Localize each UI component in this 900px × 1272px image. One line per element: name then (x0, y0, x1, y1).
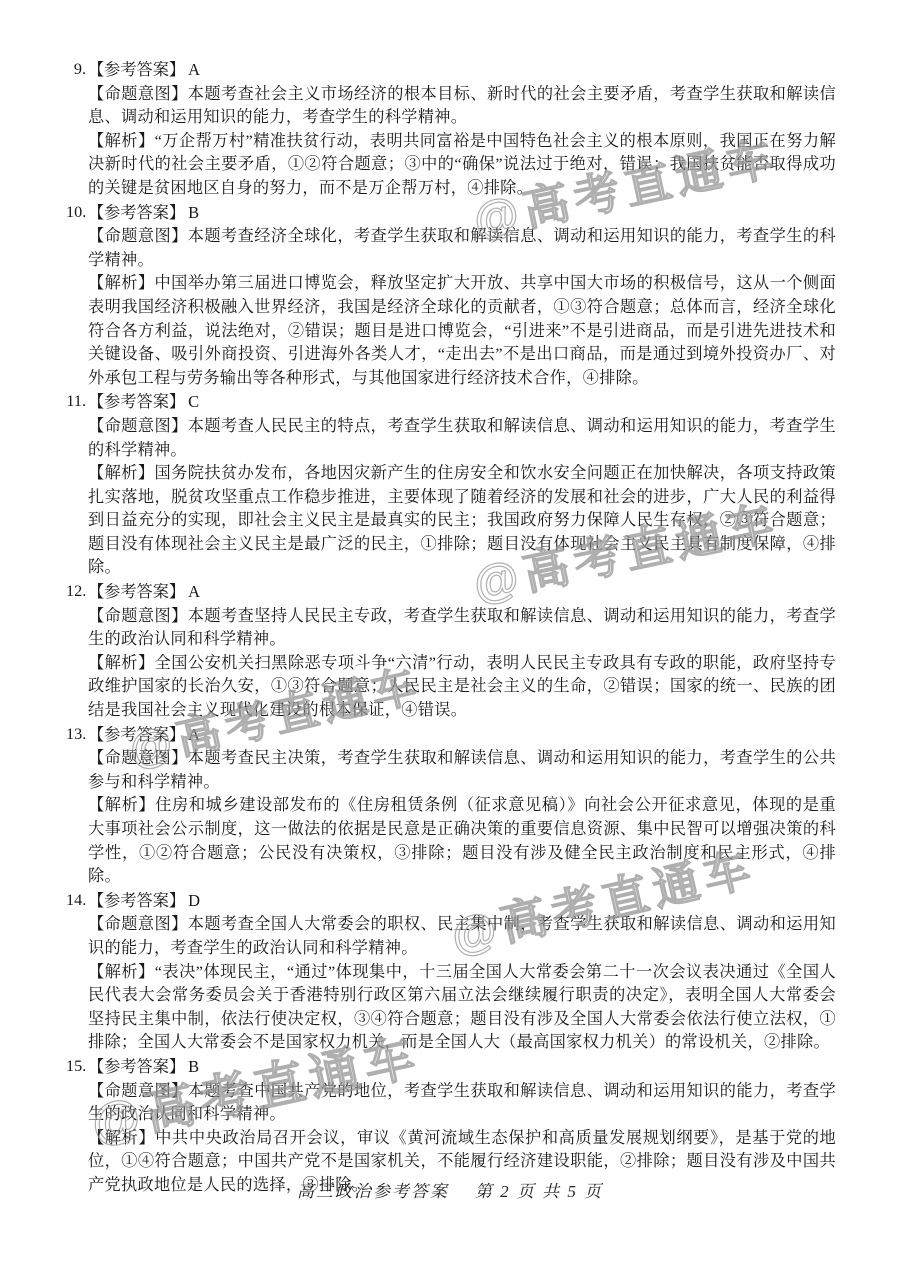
footer-doc-title: 高三政治参考答案 (297, 1182, 449, 1201)
intent-paragraph: 【命题意图】本题考查经济全球化，考查学生获取和解读信息、调动和运用知识的能力，考… (88, 225, 836, 272)
analysis-paragraph: 【解析】全国公安机关扫黑除恶专项斗争“六清”行动，表明人民民主专政具有专政的职能… (88, 652, 836, 723)
answer-letter: A (185, 60, 200, 79)
reference-answer-label: 【参考答案】 (88, 726, 185, 744)
footer-page-number: 第 2 页 共 5 页 (475, 1182, 603, 1201)
question-number: 10. (66, 201, 86, 225)
intent-text: 本题考查坚持人民民主专政，考查学生获取和解读信息、调动和运用知识的能力，考查学生… (88, 607, 836, 649)
reference-answer-line: 【参考答案】D (88, 889, 836, 914)
answer-item: 9. 【参考答案】A 【命题意图】本题考查社会主义市场经济的根本目标、新时代的社… (66, 58, 836, 201)
answer-letter: B (185, 1057, 199, 1076)
intent-label: 【命题意图】 (88, 227, 188, 245)
analysis-label: 【解析】 (88, 963, 155, 981)
reference-answer-line: 【参考答案】A (88, 580, 836, 605)
intent-paragraph: 【命题意图】本题考查中国共产党的地位，考查学生获取和解读信息、调动和运用知识的能… (88, 1080, 836, 1127)
answer-item: 14. 【参考答案】D 【命题意图】本题考查全国人大常委会的职权、民主集中制，考… (66, 889, 836, 1055)
analysis-label: 【解析】 (88, 1129, 155, 1147)
question-number: 9. (66, 58, 86, 82)
answer-items-list: 9. 【参考答案】A 【命题意图】本题考查社会主义市场经济的根本目标、新时代的社… (66, 58, 836, 1198)
analysis-paragraph: 【解析】住房和城乡建设部发布的《住房租赁条例（征求意见稿）》向社会公开征求意见，… (88, 794, 836, 888)
reference-answer-label: 【参考答案】 (88, 393, 185, 411)
intent-paragraph: 【命题意图】本题考查民主决策，考查学生获取和解读信息、调动和运用知识的能力，考查… (88, 747, 836, 794)
intent-text: 本题考查民主决策，考查学生获取和解读信息、调动和运用知识的能力，考查学生的公共参… (88, 749, 836, 791)
intent-text: 本题考查全国人大常委会的职权、民主集中制，考查学生获取和解读信息、调动和运用知识… (88, 915, 836, 957)
question-number: 14. (66, 889, 86, 913)
analysis-label: 【解析】 (88, 132, 155, 150)
intent-text: 本题考查人民民主的特点，考查学生获取和解读信息、调动和运用知识的能力，考查学生的… (88, 417, 836, 459)
intent-label: 【命题意图】 (88, 915, 188, 933)
intent-paragraph: 【命题意图】本题考查社会主义市场经济的根本目标、新时代的社会主要矛盾，考查学生获… (88, 83, 836, 130)
reference-answer-label: 【参考答案】 (88, 583, 185, 601)
analysis-label: 【解析】 (88, 654, 155, 672)
reference-answer-line: 【参考答案】A (88, 58, 836, 83)
intent-text: 本题考查中国共产党的地位，考查学生获取和解读信息、调动和运用知识的能力，考查学生… (88, 1082, 836, 1124)
analysis-paragraph: 【解析】“万企帮万村”精准扶贫行动，表明共同富裕是中国特色社会主义的根本原则，我… (88, 130, 836, 201)
reference-answer-label: 【参考答案】 (88, 1058, 185, 1076)
answer-item: 11. 【参考答案】C 【命题意图】本题考查人民民主的特点，考查学生获取和解读信… (66, 390, 836, 580)
intent-text: 本题考查经济全球化，考查学生获取和解读信息、调动和运用知识的能力，考查学生的科学… (88, 227, 836, 269)
analysis-paragraph: 【解析】中国举办第三届进口博览会，释放坚定扩大开放、共享中国大市场的积极信号，这… (88, 272, 836, 390)
question-number: 12. (66, 580, 86, 604)
answer-sheet-page: 9. 【参考答案】A 【命题意图】本题考查社会主义市场经济的根本目标、新时代的社… (0, 0, 900, 1272)
answer-letter: A (185, 582, 200, 601)
intent-label: 【命题意图】 (88, 749, 188, 767)
answer-letter: C (185, 392, 199, 411)
analysis-paragraph: 【解析】“表决”体现民主，“通过”体现集中，十三届全国人大常委会第二十一次会议表… (88, 961, 836, 1055)
answer-item: 12. 【参考答案】A 【命题意图】本题考查坚持人民民主专政，考查学生获取和解读… (66, 580, 836, 723)
intent-label: 【命题意图】 (88, 417, 188, 435)
reference-answer-label: 【参考答案】 (88, 61, 185, 79)
reference-answer-label: 【参考答案】 (88, 892, 185, 910)
intent-paragraph: 【命题意图】本题考查坚持人民民主专政，考查学生获取和解读信息、调动和运用知识的能… (88, 605, 836, 652)
analysis-text: “万企帮万村”精准扶贫行动，表明共同富裕是中国特色社会主义的根本原则，我国正在努… (88, 132, 836, 197)
question-number: 13. (66, 723, 86, 747)
intent-label: 【命题意图】 (88, 607, 188, 625)
reference-answer-line: 【参考答案】C (88, 390, 836, 415)
reference-answer-label: 【参考答案】 (88, 204, 185, 222)
intent-label: 【命题意图】 (88, 85, 188, 103)
answer-letter: B (185, 203, 199, 222)
intent-paragraph: 【命题意图】本题考查全国人大常委会的职权、民主集中制，考查学生获取和解读信息、调… (88, 913, 836, 960)
analysis-label: 【解析】 (88, 796, 155, 814)
reference-answer-line: 【参考答案】A (88, 723, 836, 748)
answer-item: 13. 【参考答案】A 【命题意图】本题考查民主决策，考查学生获取和解读信息、调… (66, 723, 836, 889)
intent-text: 本题考查社会主义市场经济的根本目标、新时代的社会主要矛盾，考查学生获取和解读信息… (88, 85, 836, 127)
answer-letter: A (185, 725, 200, 744)
analysis-label: 【解析】 (88, 274, 155, 292)
reference-answer-line: 【参考答案】B (88, 1055, 836, 1080)
intent-paragraph: 【命题意图】本题考查人民民主的特点，考查学生获取和解读信息、调动和运用知识的能力… (88, 415, 836, 462)
page-footer: 高三政治参考答案第 2 页 共 5 页 (0, 1177, 900, 1202)
question-number: 15. (66, 1055, 86, 1079)
analysis-text: 全国公安机关扫黑除恶专项斗争“六清”行动，表明人民民主专政具有专政的职能，政府坚… (88, 654, 836, 719)
reference-answer-line: 【参考答案】B (88, 201, 836, 226)
answer-letter: D (185, 891, 200, 910)
answer-item: 10. 【参考答案】B 【命题意图】本题考查经济全球化，考查学生获取和解读信息、… (66, 201, 836, 391)
analysis-label: 【解析】 (88, 464, 155, 482)
analysis-text: “表决”体现民主，“通过”体现集中，十三届全国人大常委会第二十一次会议表决通过《… (88, 963, 836, 1052)
analysis-paragraph: 【解析】国务院扶贫办发布，各地因灾新产生的住房安全和饮水安全问题正在加快解决，各… (88, 462, 836, 580)
intent-label: 【命题意图】 (88, 1082, 188, 1100)
question-number: 11. (66, 390, 86, 414)
analysis-text: 中国举办第三届进口博览会，释放坚定扩大开放、共享中国大市场的积极信号，这从一个侧… (88, 274, 836, 386)
analysis-text: 住房和城乡建设部发布的《住房租赁条例（征求意见稿）》向社会公开征求意见，体现的是… (88, 796, 836, 885)
analysis-text: 国务院扶贫办发布，各地因灾新产生的住房安全和饮水安全问题正在加快解决，各项支持政… (88, 464, 836, 576)
